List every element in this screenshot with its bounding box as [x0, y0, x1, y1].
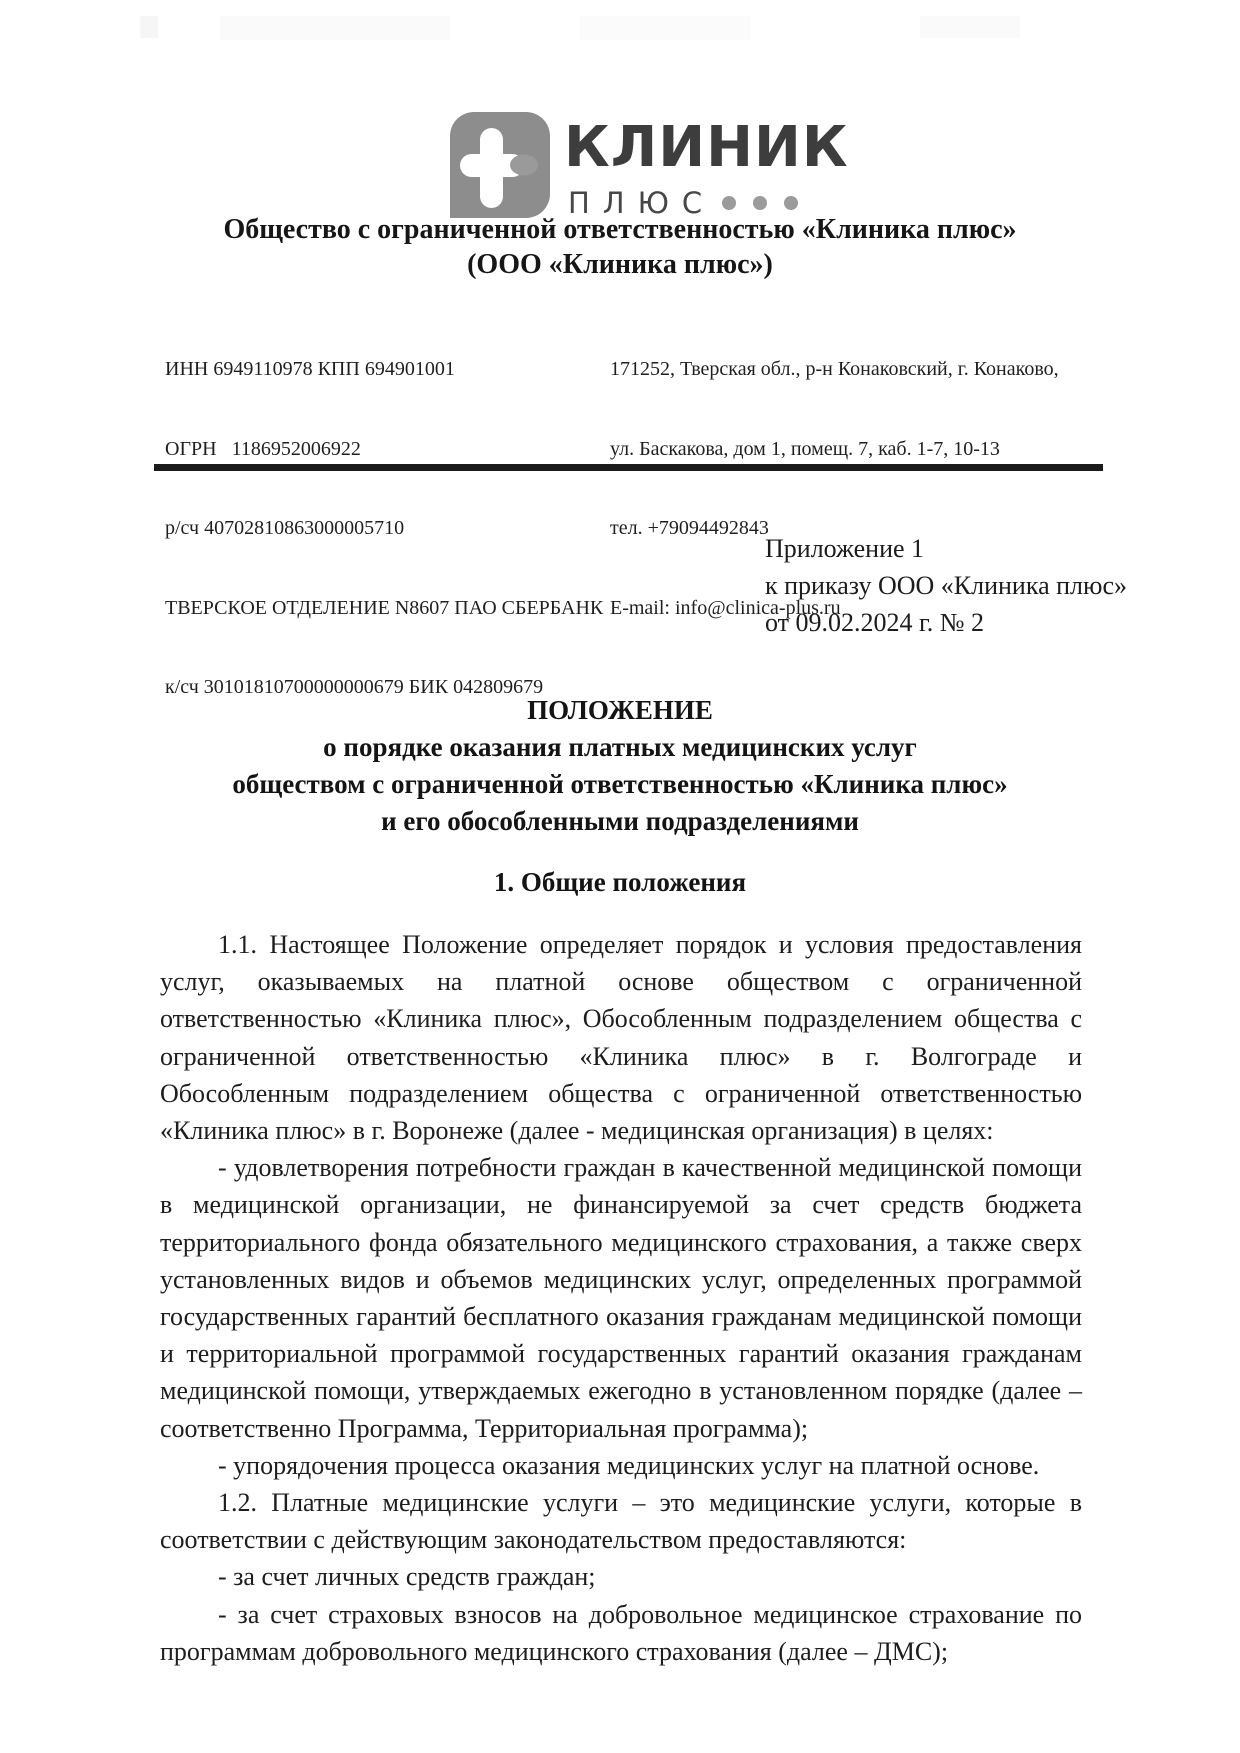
paragraph-dash-goals: - удовлетворения потребности граждан в к…: [160, 1149, 1082, 1447]
scan-artifact: [140, 16, 158, 38]
brand-dots-icon: [722, 196, 798, 210]
doc-title-line3: обществом с ограниченной ответственность…: [90, 766, 1150, 803]
clinic-logo: КЛИНИКА ПЛЮС: [448, 100, 848, 225]
body-text: 1.1. Настоящее Положение определяет поря…: [160, 926, 1082, 1670]
paragraph-1-2: 1.2. Платные медицинские услуги – это ме…: [160, 1484, 1082, 1558]
section-heading: 1. Общие положения: [0, 867, 1240, 898]
requisites-block: ИНН 6949110978 КПП 694901001 ОГРН 118695…: [165, 303, 1100, 754]
doc-title: ПОЛОЖЕНИЕ о порядке оказания платных мед…: [90, 692, 1150, 840]
document-page: КЛИНИКА ПЛЮС Общество с ограниченной отв…: [0, 0, 1240, 1753]
requisite-address-line2: ул. Баскакова, дом 1, помещ. 7, каб. 1-7…: [610, 436, 1100, 463]
requisites-left-column: ИНН 6949110978 КПП 694901001 ОГРН 118695…: [165, 303, 610, 754]
brand-top-text: КЛИНИКА: [564, 115, 848, 180]
requisites-right-column: 171252, Тверская обл., р-н Конаковский, …: [610, 303, 1100, 754]
annex-block: Приложение 1 к приказу ООО «Клиника плюс…: [765, 530, 1127, 641]
doc-title-line4: и его обособленными подразделениями: [90, 803, 1150, 840]
doc-title-line2: о порядке оказания платных медицинских у…: [90, 729, 1150, 766]
doc-title-line1: ПОЛОЖЕНИЕ: [90, 692, 1150, 729]
org-title: Общество с ограниченной ответственностью…: [60, 212, 1180, 282]
annex-line3: от 09.02.2024 г. № 2: [765, 604, 1127, 641]
paragraph-1-1: 1.1. Настоящее Положение определяет поря…: [160, 926, 1082, 1149]
clinic-logo-graphic: КЛИНИКА ПЛЮС: [448, 100, 848, 225]
paragraph-dash-personal-funds: - за счет личных средств граждан;: [160, 1558, 1082, 1595]
paragraph-dash-order: - упорядочения процесса оказания медицин…: [160, 1447, 1082, 1484]
header-divider-rule: [154, 464, 1103, 471]
requisite-address-line1: 171252, Тверская обл., р-н Конаковский, …: [610, 356, 1100, 383]
requisite-bank: ТВЕРСКОЕ ОТДЕЛЕНИЕ N8607 ПАО СБЕРБАНК: [165, 595, 610, 622]
requisite-account: р/сч 40702810863000005710: [165, 515, 610, 542]
requisite-ogrn: ОГРН 1186952006922: [165, 436, 610, 463]
scan-artifact: [580, 16, 750, 40]
org-title-line1: Общество с ограниченной ответственностью…: [60, 212, 1180, 247]
scan-artifact: [920, 16, 1020, 38]
annex-line2: к приказу ООО «Клиника плюс»: [765, 567, 1127, 604]
org-title-line2: (ООО «Клиника плюс»): [60, 247, 1180, 282]
requisite-inn-kpp: ИНН 6949110978 КПП 694901001: [165, 356, 610, 383]
annex-line1: Приложение 1: [765, 530, 1127, 567]
scan-artifact: [220, 16, 450, 40]
paragraph-dash-dms: - за счет страховых взносов на доброволь…: [160, 1596, 1082, 1670]
